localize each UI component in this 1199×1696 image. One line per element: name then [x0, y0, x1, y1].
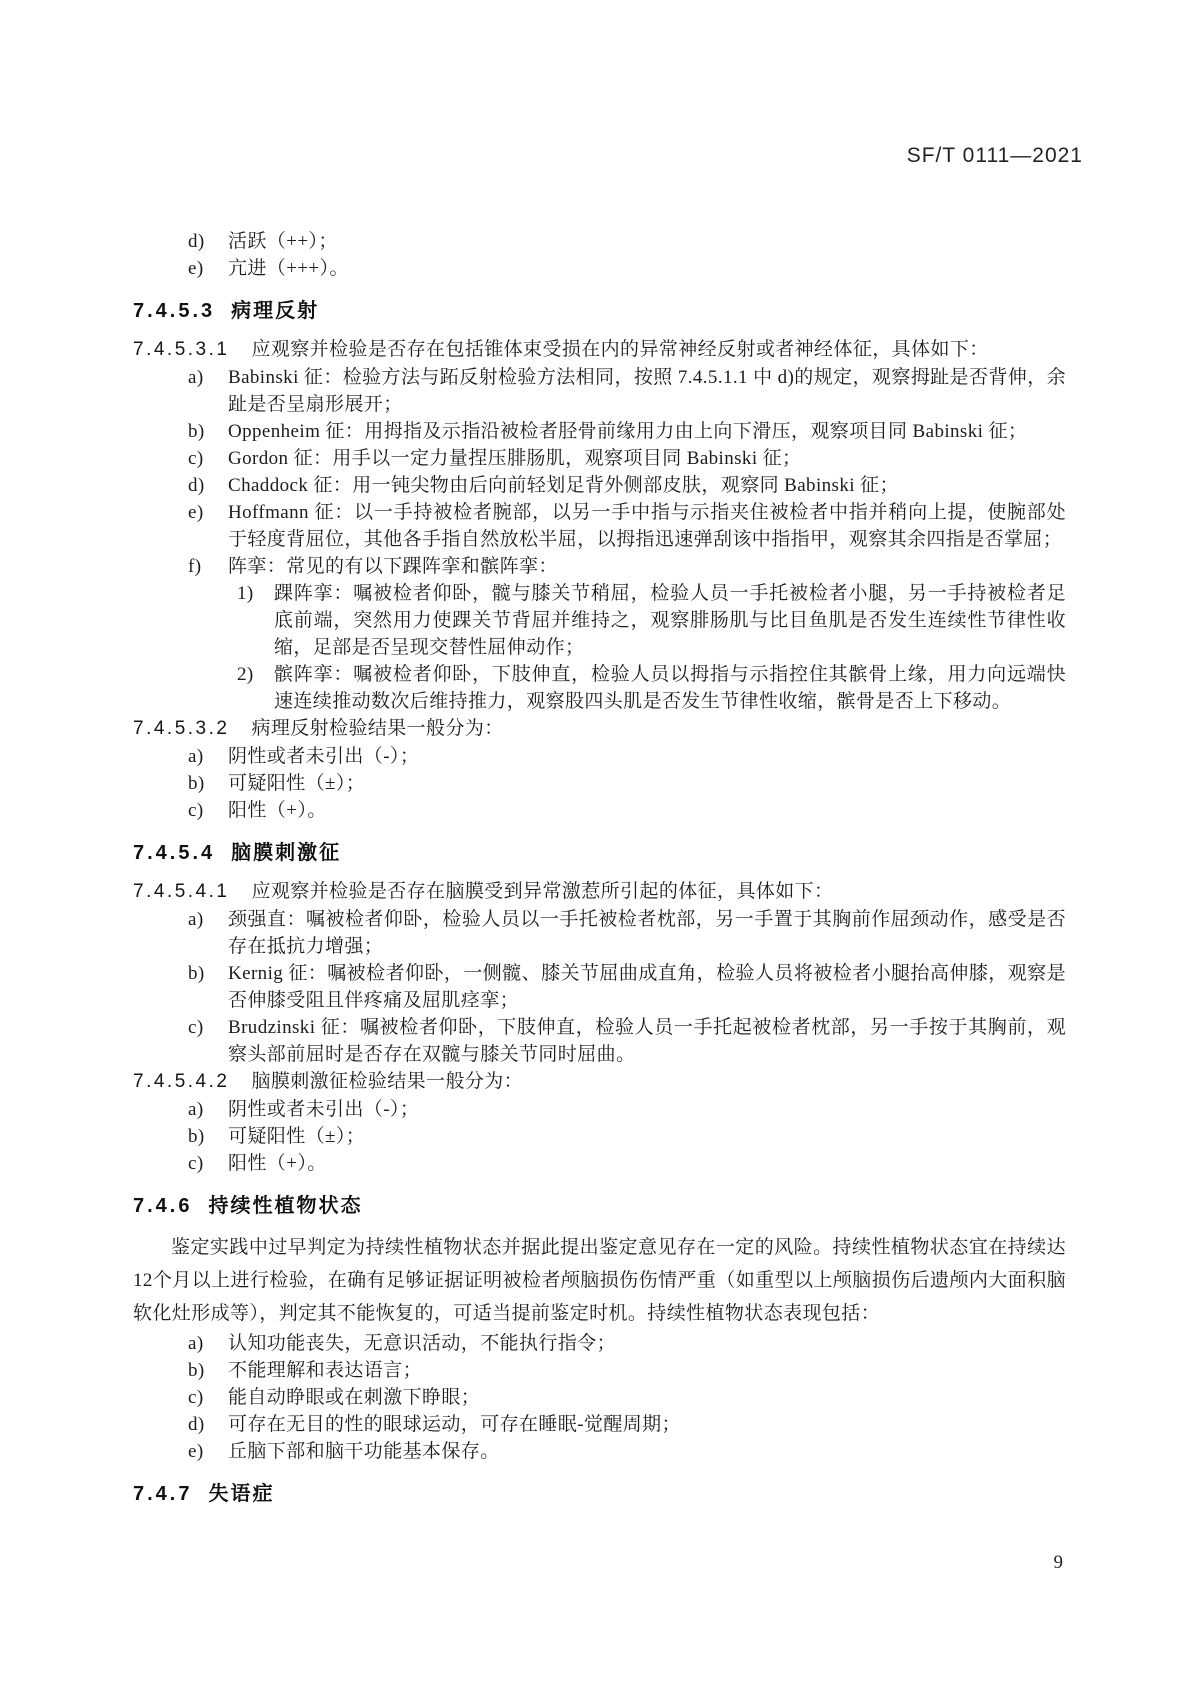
list-item: c) 能自动睁眼或在刺激下睁眼；: [133, 1384, 1066, 1411]
sublist-item: 2) 髌阵挛：嘱被检者仰卧，下肢伸直，检验人员以拇指与示指控住其髌骨上缘，用力向…: [133, 661, 1066, 715]
clause-7-4-5-4-1: 7.4.5.4.1应观察并检验是否存在脑膜受到异常激惹所引起的体征，具体如下：: [133, 878, 1066, 906]
list-item: e) Hoffmann 征：以一手持被检者腕部，以另一手中指与示指夹住被检者中指…: [133, 499, 1066, 553]
document-page: SF/T 0111—2021 d) 活跃（++）； e) 亢进（+++）。 7.…: [0, 0, 1199, 1696]
list-item-label: a): [188, 1096, 204, 1123]
list-item-text: Brudzinski 征：嘱被检者仰卧，下肢伸直，检验人员一手托起被检者枕部，另…: [228, 1017, 1066, 1065]
sublist-item: 1) 踝阵挛：嘱被检者仰卧，髋与膝关节稍屈，检验人员一手托被检者小腿，另一手持被…: [133, 580, 1066, 661]
list-item-text: 认知功能丧失，无意识活动，不能执行指令；: [228, 1333, 616, 1354]
list-item-label: e): [188, 1438, 204, 1465]
list-item-text: Hoffmann 征：以一手持被检者腕部，以另一手中指与示指夹住被检者中指并稍向…: [228, 502, 1066, 550]
clause-text: 脑膜刺激征检验结果一般分为：: [251, 1071, 523, 1092]
list-item: a) 阴性或者未引出（-）；: [133, 743, 1066, 770]
list-item-text: 阳性（+）。: [228, 1153, 327, 1174]
page-content: d) 活跃（++）； e) 亢进（+++）。 7.4.5.3病理反射 7.4.5…: [133, 0, 1066, 1519]
list-item: e) 亢进（+++）。: [133, 255, 1066, 282]
list-item-label: b): [188, 1357, 205, 1384]
list-item-label: d): [188, 228, 205, 255]
list-item-text: 可存在无目的性的眼球运动，可存在睡眠-觉醒周期；: [228, 1414, 681, 1435]
pathological-results-list: a) 阴性或者未引出（-）； b) 可疑阳性（±）； c) 阳性（+）。: [133, 743, 1066, 824]
page-number: 9: [1054, 1552, 1064, 1574]
list-item-text: 阵挛：常见的有以下踝阵挛和髌阵挛：: [228, 556, 558, 577]
sublist-item-text: 髌阵挛：嘱被检者仰卧，下肢伸直，检验人员以拇指与示指控住其髌骨上缘，用力向远端快…: [274, 664, 1066, 712]
list-item-label: c): [188, 1014, 204, 1041]
list-item-text: 可疑阳性（±）；: [228, 773, 365, 794]
clause-number: 7.4.5.3.2: [133, 718, 229, 739]
pvs-list: a) 认知功能丧失，无意识活动，不能执行指令； b) 不能理解和表达语言； c)…: [133, 1330, 1066, 1465]
list-item-label: c): [188, 445, 204, 472]
list-item: c) Gordon 征：用手以一定力量捏压腓肠肌，观察项目同 Babinski …: [133, 445, 1066, 472]
list-item-text: 阴性或者未引出（-）；: [228, 1099, 419, 1120]
list-item-text: 丘脑下部和脑干功能基本保存。: [228, 1441, 500, 1462]
list-item-label: d): [188, 472, 205, 499]
list-item-label: c): [188, 797, 204, 824]
list-item-text: 活跃（++）；: [228, 231, 338, 252]
section-heading-7-4-6: 7.4.6持续性植物状态: [133, 1195, 1066, 1217]
section-heading-7-4-7: 7.4.7失语症: [133, 1483, 1066, 1505]
section-number: 7.4.5.3: [133, 300, 215, 322]
list-item-label: a): [188, 906, 204, 933]
list-item-text: Kernig 征：嘱被检者仰卧，一侧髋、膝关节屈曲成直角，检验人员将被检者小腿抬…: [228, 963, 1066, 1011]
list-item-text: 阴性或者未引出（-）；: [228, 746, 419, 767]
list-item: c) Brudzinski 征：嘱被检者仰卧，下肢伸直，检验人员一手托起被检者枕…: [133, 1014, 1066, 1068]
section-title: 失语症: [208, 1483, 274, 1505]
meningeal-results-list: a) 阴性或者未引出（-）； b) 可疑阳性（±）； c) 阳性（+）。: [133, 1096, 1066, 1177]
list-item-label: b): [188, 418, 205, 445]
list-item-text: 颈强直：嘱被检者仰卧，检验人员以一手托被检者枕部，另一手置于其胸前作屈颈动作，感…: [228, 909, 1066, 957]
meningeal-list: a) 颈强直：嘱被检者仰卧，检验人员以一手托被检者枕部，另一手置于其胸前作屈颈动…: [133, 906, 1066, 1068]
list-item-label: b): [188, 1123, 205, 1150]
list-item: b) Oppenheim 征：用拇指及示指沿被检者胫骨前缘用力由上向下滑压，观察…: [133, 418, 1066, 445]
clause-7-4-5-4-2: 7.4.5.4.2脑膜刺激征检验结果一般分为：: [133, 1068, 1066, 1096]
clause-text: 应观察并检验是否存在脑膜受到异常激惹所引起的体征，具体如下：: [251, 881, 833, 902]
list-item: c) 阳性（+）。: [133, 797, 1066, 824]
paragraph-7-4-6: 鉴定实践中过早判定为持续性植物状态并据此提出鉴定意见存在一定的风险。持续性植物状…: [133, 1231, 1066, 1330]
clause-text: 应观察并检验是否存在包括锥体束受损在内的异常神经反射或者神经体征，具体如下：: [251, 339, 988, 360]
list-item: e) 丘脑下部和脑干功能基本保存。: [133, 1438, 1066, 1465]
list-item-text: 能自动睁眼或在刺激下睁眼；: [228, 1387, 480, 1408]
section-heading-7-4-5-3: 7.4.5.3病理反射: [133, 300, 1066, 322]
list-item-text: 可疑阳性（±）；: [228, 1126, 365, 1147]
carryover-list: d) 活跃（++）； e) 亢进（+++）。: [133, 228, 1066, 282]
list-item-text: 阳性（+）。: [228, 800, 327, 821]
clause-7-4-5-3-2: 7.4.5.3.2病理反射检验结果一般分为：: [133, 715, 1066, 743]
section-title: 脑膜刺激征: [231, 842, 341, 864]
list-item-text: Oppenheim 征：用拇指及示指沿被检者胫骨前缘用力由上向下滑压，观察项目同…: [228, 421, 1027, 442]
list-item-label: b): [188, 770, 205, 797]
list-item: b) 不能理解和表达语言；: [133, 1357, 1066, 1384]
list-item: a) Babinski 征：检验方法与跖反射检验方法相同，按照 7.4.5.1.…: [133, 364, 1066, 418]
list-item-label: a): [188, 1330, 204, 1357]
list-item: d) Chaddock 征：用一钝尖物由后向前轻划足背外侧部皮肤，观察同 Bab…: [133, 472, 1066, 499]
list-item: c) 阳性（+）。: [133, 1150, 1066, 1177]
list-item: b) 可疑阳性（±）；: [133, 1123, 1066, 1150]
list-item-text: Gordon 征：用手以一定力量捏压腓肠肌，观察项目同 Babinski 征；: [228, 448, 801, 469]
list-item-label: b): [188, 960, 205, 987]
list-item: d) 活跃（++）；: [133, 228, 1066, 255]
list-item-text: 亢进（+++）。: [228, 258, 349, 279]
list-item-label: c): [188, 1150, 204, 1177]
sublist-item-text: 踝阵挛：嘱被检者仰卧，髋与膝关节稍屈，检验人员一手托被检者小腿，另一手持被检者足…: [274, 583, 1066, 658]
clause-number: 7.4.5.3.1: [133, 339, 229, 360]
section-number: 7.4.6: [133, 1195, 192, 1217]
list-item: a) 认知功能丧失，无意识活动，不能执行指令；: [133, 1330, 1066, 1357]
list-item-label: f): [188, 553, 201, 580]
list-item-text: Babinski 征：检验方法与跖反射检验方法相同，按照 7.4.5.1.1 中…: [228, 367, 1066, 415]
list-item: f) 阵挛：常见的有以下踝阵挛和髌阵挛：: [133, 553, 1066, 580]
list-item-text: 不能理解和表达语言；: [228, 1360, 422, 1381]
section-number: 7.4.7: [133, 1483, 192, 1505]
sublist-item-label: 2): [237, 661, 254, 688]
list-item-label: d): [188, 1411, 205, 1438]
list-item: b) Kernig 征：嘱被检者仰卧，一侧髋、膝关节屈曲成直角，检验人员将被检者…: [133, 960, 1066, 1014]
sublist-item-label: 1): [237, 580, 254, 607]
section-heading-7-4-5-4: 7.4.5.4脑膜刺激征: [133, 842, 1066, 864]
section-title: 病理反射: [231, 300, 319, 322]
list-item: a) 颈强直：嘱被检者仰卧，检验人员以一手托被检者枕部，另一手置于其胸前作屈颈动…: [133, 906, 1066, 960]
list-item-label: c): [188, 1384, 204, 1411]
clause-number: 7.4.5.4.1: [133, 881, 229, 902]
clause-text: 病理反射检验结果一般分为：: [251, 718, 503, 739]
list-item-label: a): [188, 743, 204, 770]
clause-7-4-5-3-1: 7.4.5.3.1应观察并检验是否存在包括锥体束受损在内的异常神经反射或者神经体…: [133, 336, 1066, 364]
list-item: a) 阴性或者未引出（-）；: [133, 1096, 1066, 1123]
section-number: 7.4.5.4: [133, 842, 215, 864]
clonus-sublist: 1) 踝阵挛：嘱被检者仰卧，髋与膝关节稍屈，检验人员一手托被检者小腿，另一手持被…: [133, 580, 1066, 715]
list-item-label: e): [188, 499, 204, 526]
list-item: b) 可疑阳性（±）；: [133, 770, 1066, 797]
list-item-label: e): [188, 255, 204, 282]
list-item: d) 可存在无目的性的眼球运动，可存在睡眠-觉醒周期；: [133, 1411, 1066, 1438]
pathological-reflex-list: a) Babinski 征：检验方法与跖反射检验方法相同，按照 7.4.5.1.…: [133, 364, 1066, 715]
section-title: 持续性植物状态: [208, 1195, 362, 1217]
list-item-label: a): [188, 364, 204, 391]
clause-number: 7.4.5.4.2: [133, 1071, 229, 1092]
list-item-text: Chaddock 征：用一钝尖物由后向前轻划足背外侧部皮肤，观察同 Babins…: [228, 475, 899, 496]
